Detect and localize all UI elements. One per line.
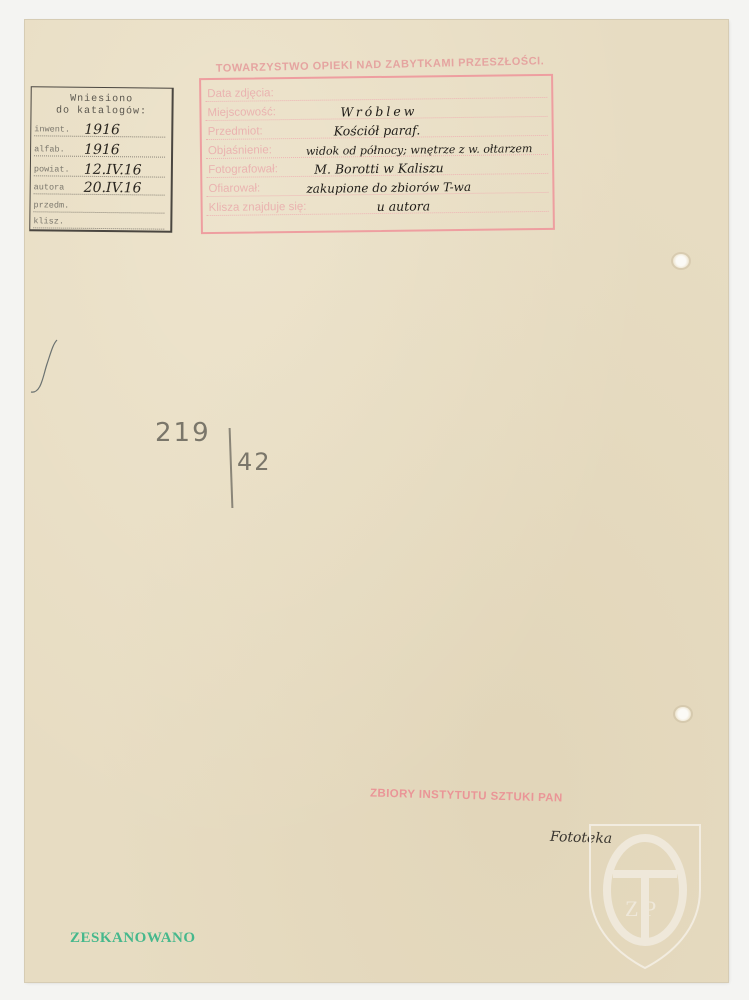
stamp-row: Klisza znajduje się: u autora [207,192,549,216]
catalog-row-label: inwent. [34,124,70,134]
scanned-stamp: ZESKANOWANO [70,930,196,947]
catalog-row: klisz. [33,211,164,229]
document-card: Wniesiono do katalogów: inwent. 1916 alf… [25,20,728,982]
catalog-row: alfab. 1916 [34,139,165,157]
pencil-stroke-icon [29,336,59,396]
stamp-row-label: Ofiarował: [208,182,260,195]
institute-stamp: ZBIORY INSTYTUTU SZTUKI PAN [370,787,563,804]
stamp-row-label: Miejscowość: [207,106,276,119]
catalog-row: autora 20.IV.16 [34,177,165,195]
stamp-row-label: Przedmiot: [208,125,263,138]
stamp-row-label: Klisza znajduje się: [209,201,307,214]
catalog-row-label: powiat. [34,164,70,174]
catalog-row-value: 12.IV.16 [84,162,142,179]
catalog-title-line2: do katalogów: [31,105,171,118]
catalog-stamp: Wniesiono do katalogów: inwent. 1916 alf… [29,86,174,232]
catalog-row-label: autora [34,182,65,192]
catalog-stamp-title: Wniesiono do katalogów: [31,93,171,118]
punch-hole [675,707,691,721]
society-stamp-header: TOWARZYSTWO OPIEKI NAD ZABYTKAMI PRZESZŁ… [195,55,565,75]
catalog-row-value: 20.IV.16 [84,180,142,197]
catalog-row-value: 1916 [84,142,120,158]
catalog-row-value: 1916 [84,122,120,138]
stamp-row-label: Objaśnienie: [208,144,272,157]
stamp-row-label: Data zdjęcia: [207,87,274,100]
tzp-watermark-icon: Z P [585,820,705,970]
catalog-row-label: alfab. [34,144,65,154]
pencil-number-numerator: 219 [155,418,211,448]
society-stamp: Data zdjęcia: Miejscowość: Wróblew Przed… [199,74,555,234]
catalog-row: powiat. 12.IV.16 [34,159,165,177]
pencil-number-denominator: 42 [237,448,272,476]
catalog-row-label: klisz. [33,216,64,226]
pencil-slash [229,428,234,508]
stamp-row-label: Fotografował: [208,163,278,176]
catalog-row: inwent. 1916 [34,119,165,137]
svg-text:Z P: Z P [625,896,656,921]
catalog-row-label: przedm. [33,200,69,210]
stamp-row-value: u autora [377,198,431,214]
punch-hole [673,254,689,268]
